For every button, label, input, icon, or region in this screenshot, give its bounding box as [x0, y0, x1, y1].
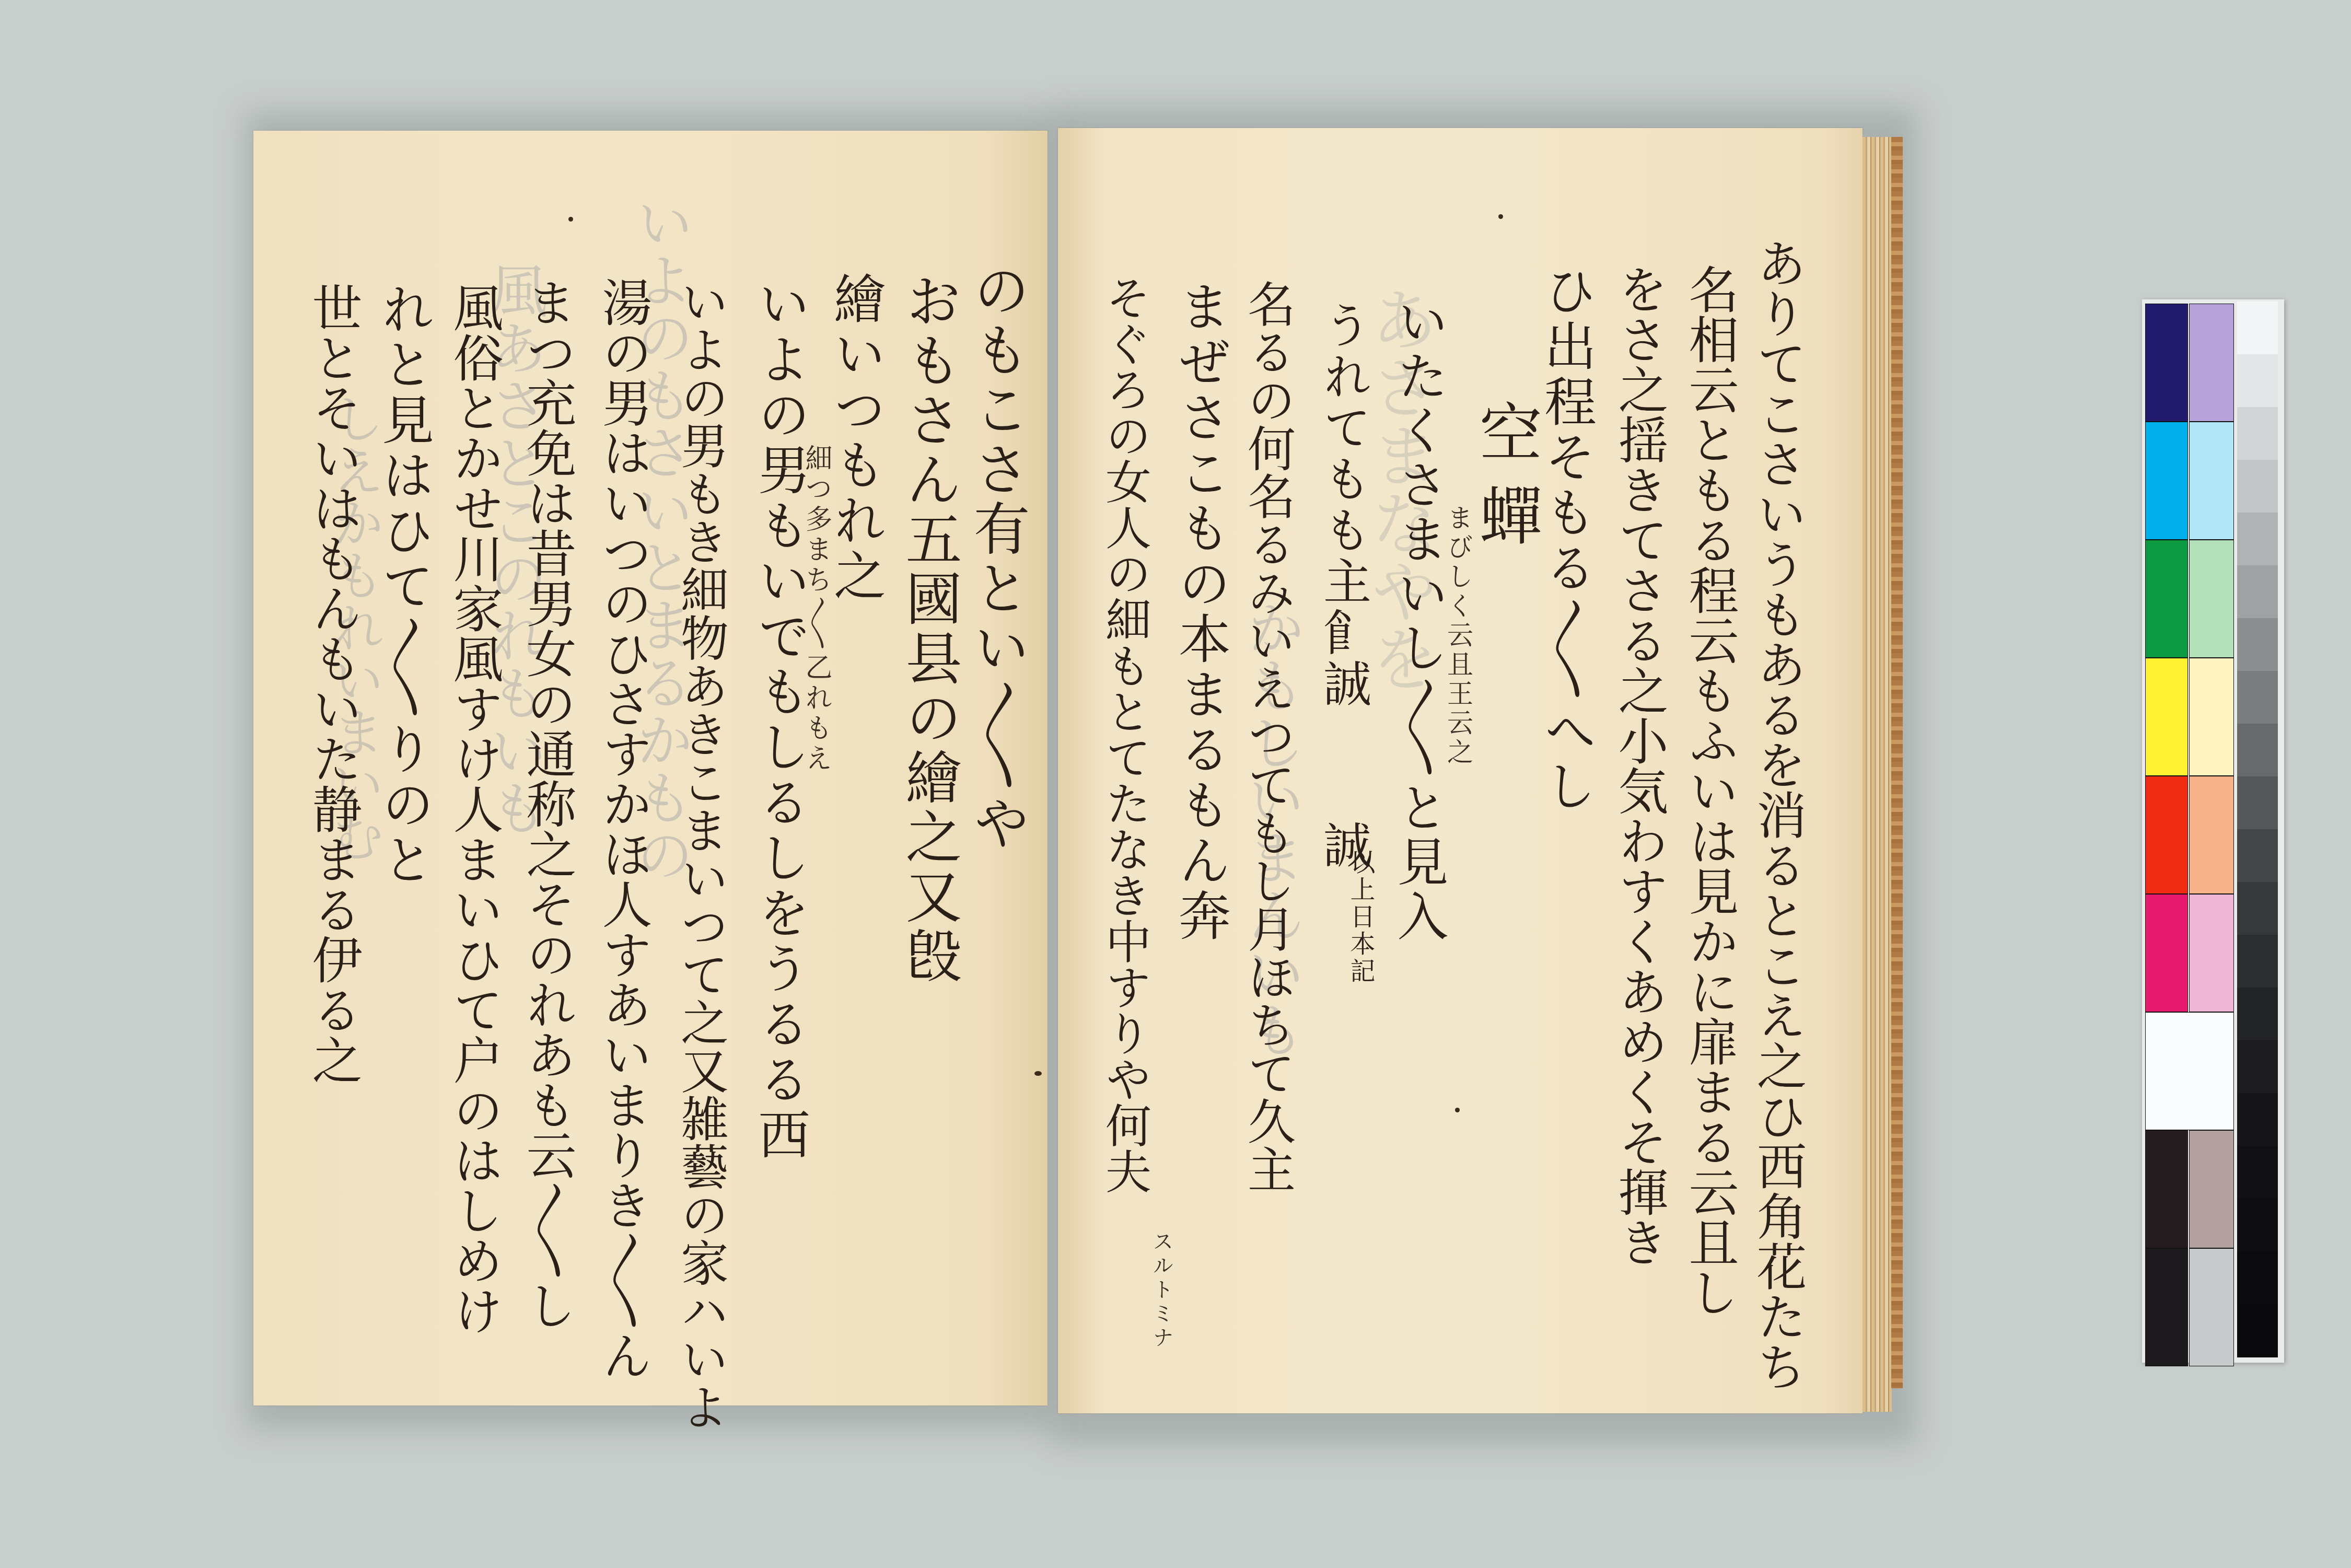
- color-swatch: [2145, 894, 2188, 1012]
- ink-spot: [1455, 1108, 1460, 1112]
- color-swatch: [2189, 304, 2234, 422]
- text-column: そぐろの女人の細もとてたなき中すりや何夫: [1092, 274, 1158, 1194]
- grey-step: [2237, 407, 2278, 460]
- citation-note: 以上日本記: [1343, 849, 1379, 985]
- grey-step: [2237, 1146, 2278, 1199]
- grey-step: [2237, 776, 2278, 830]
- left-page: いよのもさいとまるかもの 風あさとこのれもいも しえかもれいまいむ のもこさ有と…: [253, 131, 1048, 1406]
- color-swatch: [2145, 540, 2188, 658]
- page-stack-edge: [1863, 137, 1892, 1412]
- grey-step: [2237, 301, 2278, 355]
- furigana: スルトミナ: [1147, 1230, 1177, 1351]
- ink-spot: [1034, 1071, 1042, 1076]
- grey-step: [2237, 1304, 2278, 1357]
- grey-step: [2237, 829, 2278, 882]
- text-column: 湯の男はいつのひさすかほ人すあいまりき〳〵ん: [588, 277, 659, 1380]
- text-column: うれてもも主𩙿誠 𡁠誠: [1309, 300, 1378, 872]
- grey-step: [2237, 1251, 2278, 1305]
- color-swatch: [2145, 776, 2188, 894]
- right-page: かもしいまんいも あさまなやを ありてこさいうもあるを消るとこえ之ひ西角花たち …: [1058, 128, 1863, 1413]
- text-column: 風俗とかせ川家風すけ人まいひて户のはしめけ: [439, 282, 510, 1335]
- grey-step: [2237, 460, 2278, 513]
- text-column: いよの男もき細物あきこまいつて之又雑藝の家ハいよ: [666, 277, 735, 1431]
- color-calibration-target: [2142, 299, 2284, 1363]
- grey-step: [2237, 724, 2278, 777]
- furigana: 細つ多まち〳〵乙れもえ: [797, 444, 836, 774]
- grey-step: [2237, 1040, 2278, 1094]
- color-swatch: [2189, 422, 2234, 540]
- grey-step: [2237, 935, 2278, 988]
- color-swatch: [2189, 776, 2234, 894]
- color-swatch: [2189, 894, 2234, 1012]
- grey-step: [2237, 1199, 2278, 1252]
- ink-spot: [568, 217, 573, 222]
- color-swatch: [2189, 1248, 2234, 1366]
- book-cover-edge: [1891, 137, 1903, 1388]
- text-column: まぜさこもの本まるもん奔: [1162, 280, 1238, 944]
- color-swatch: [2145, 658, 2188, 776]
- color-swatch: [2189, 658, 2234, 776]
- color-swatch: [2189, 1130, 2234, 1248]
- grey-step: [2237, 618, 2278, 671]
- color-swatch: [2145, 1130, 2188, 1248]
- text-column: おもさん五國县の繪之又𣪘: [888, 272, 969, 986]
- text-column: をさ之揺きてさる之小気わすくあめくそ揮き: [1604, 264, 1675, 1267]
- text-column: ありてこさいうもあるを消るとこえ之ひ西角花たち: [1742, 238, 1814, 1391]
- grey-step: [2237, 671, 2278, 724]
- ink-spot: [1498, 214, 1503, 219]
- color-swatch: [2145, 1012, 2234, 1130]
- grey-step: [2237, 1093, 2278, 1146]
- text-column: 名るの何名るみいえつてもし月ほちて久主: [1233, 280, 1302, 1193]
- grey-step: [2237, 354, 2278, 408]
- text-column: 世とそいはもんもいた静まる伊る之: [298, 282, 369, 1085]
- color-swatch: [2145, 304, 2188, 422]
- furigana: まびしく云且王云之: [1439, 504, 1477, 768]
- text-column: まつ充免は昔男女の通称之そのれあも云〳〵し: [512, 277, 584, 1330]
- color-swatch: [2145, 422, 2188, 540]
- grey-step: [2237, 882, 2278, 935]
- color-swatch: [2145, 1248, 2188, 1366]
- text-column: れと見はひて〳〵りのと: [366, 282, 441, 888]
- grey-step: [2237, 513, 2278, 566]
- text-column: 名相云ともる程云もふいは見かに扉まる云且し: [1674, 264, 1746, 1317]
- grey-step: [2237, 988, 2278, 1041]
- grey-step: [2237, 565, 2278, 619]
- color-swatch: [2189, 540, 2234, 658]
